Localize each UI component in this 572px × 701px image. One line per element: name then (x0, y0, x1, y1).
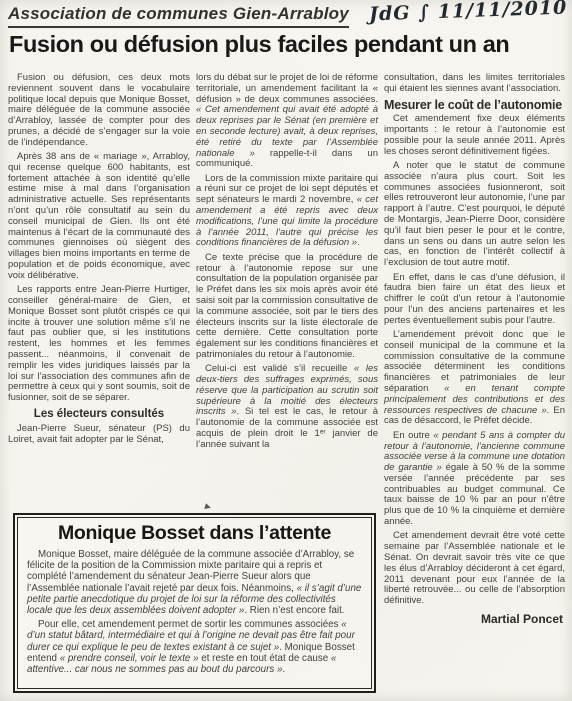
text-segment: et reste en tout état de cause (199, 653, 331, 664)
text-segment: Cet amendement fixe deux éléments import… (384, 113, 565, 156)
sidebar-box-title: Monique Bosset dans l’attente (27, 522, 362, 545)
text-segment: lors du débat sur le projet de loi de ré… (196, 72, 378, 105)
text-segment: Après 38 ans de « mariage », Arrabloy, q… (8, 151, 190, 281)
article-column-3: consultation, dans les limites territori… (384, 73, 565, 625)
masthead-kicker: Association de communes Gien-Arrabloy (8, 4, 349, 28)
article-column-1: Fusion ou défusion, ces deux mots revien… (8, 73, 190, 449)
article-paragraph: lors du débat sur le projet de loi de ré… (196, 73, 378, 170)
subhead-mesurer-cout: Mesurer le coût de l’autonomie (384, 100, 565, 111)
box-paragraph: Pour elle, cet amendement permet de sort… (27, 619, 362, 675)
text-segment: « prendre conseil, voir le texte » (60, 653, 199, 664)
article-headline: Fusion ou défusion plus faciles pendant … (9, 31, 567, 58)
article-paragraph: En effet, dans le cas d’une défusion, il… (384, 273, 565, 327)
article-paragraph: En outre « pendant 5 ans à compter du re… (384, 431, 565, 528)
article-paragraph: Lors de la commission mixte paritaire qu… (196, 174, 378, 250)
text-segment: En effet, dans le cas d’une défusion, il… (384, 272, 565, 326)
article-paragraph: Fusion ou défusion, ces deux mots revien… (8, 73, 190, 149)
article-paragraph: Les rapports entre Jean-Pierre Hurtiger,… (8, 285, 190, 404)
article-paragraph: consultation, dans les limites territori… (384, 73, 565, 95)
text-segment: Lors de la commission mixte paritaire qu… (196, 173, 378, 206)
article-paragraph: Ce texte précise que la procédure de ret… (196, 253, 378, 361)
text-segment: A noter que le statut de commune associé… (384, 160, 565, 268)
handwritten-tick-mark (204, 503, 212, 511)
text-segment: Cet amendement devrait être voté cette s… (384, 530, 565, 606)
author-byline: Martial Poncet (384, 614, 565, 625)
sidebar-box: Monique Bosset dans l’attente Monique Bo… (13, 513, 376, 693)
text-segment: Les rapports entre Jean-Pierre Hurtiger,… (8, 284, 190, 403)
handwritten-date-note: JdG ∫ 11/11/2010 (368, 0, 567, 25)
text-segment: . (357, 237, 360, 248)
box-paragraph: Monique Bosset, maire déléguée de la com… (27, 549, 362, 616)
article-paragraph: A noter que le statut de commune associé… (384, 161, 565, 269)
text-segment: Celui-ci est validé s’il recueille (205, 363, 354, 374)
article-column-2: lors du débat sur le projet de loi de ré… (196, 73, 378, 454)
subhead-electeurs-consultes: Les électeurs consultés (8, 409, 190, 420)
text-segment: consultation, dans les limites territori… (384, 72, 565, 94)
article-paragraph: Cet amendement fixe deux éléments import… (384, 114, 565, 157)
newspaper-clipping-page: Association de communes Gien-Arrabloy Jd… (0, 0, 572, 701)
article-paragraph: Après 38 ans de « mariage », Arrabloy, q… (8, 152, 190, 282)
text-segment: . Rien n’est encore fait. (244, 605, 344, 616)
article-paragraph: Celui-ci est validé s’il recueille « les… (196, 364, 378, 450)
text-segment: Fusion ou défusion, ces deux mots revien… (8, 72, 190, 148)
article-paragraph: Cet amendement devrait être voté cette s… (384, 531, 565, 607)
text-segment: Pour elle, cet amendement permet de sort… (38, 619, 341, 630)
text-segment: En outre (393, 430, 433, 441)
text-segment: Ce texte précise que la procédure de ret… (196, 252, 378, 360)
article-paragraph: L’amendement prévoit donc que le conseil… (384, 330, 565, 427)
sidebar-box-inner: Monique Bosset dans l’attente Monique Bo… (17, 517, 372, 689)
text-segment: . (282, 664, 285, 675)
article-paragraph: Jean-Pierre Sueur, sénateur (PS) du Loir… (8, 424, 190, 446)
text-segment: Jean-Pierre Sueur, sénateur (PS) du Loir… (8, 423, 190, 445)
